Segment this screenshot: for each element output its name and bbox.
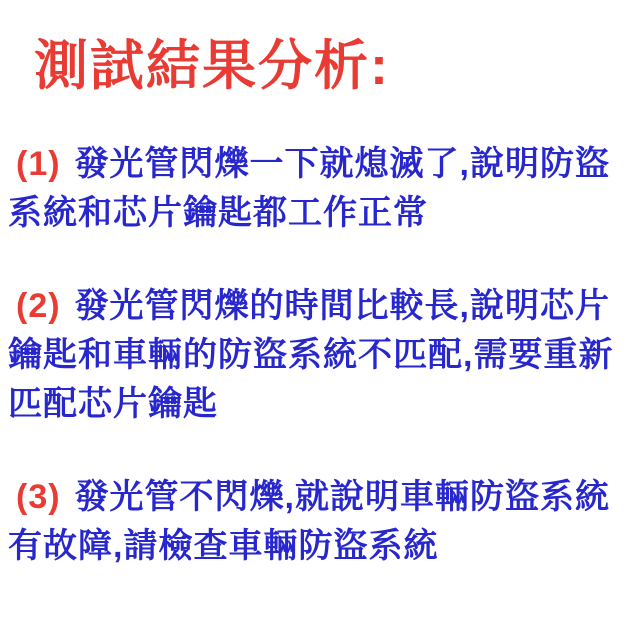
paragraph-3-text: 發光管不閃爍,就說明車輛防盜系統有故障,請檢查車輛防盜系統	[8, 478, 610, 565]
paragraph-1-number: (1)	[16, 145, 61, 183]
document-page: 測試結果分析: (1)發光管閃爍一下就熄滅了,說明防盜系統和芯片鑰匙都工作正常 …	[0, 0, 640, 640]
page-title: 測試結果分析:	[34, 36, 622, 96]
paragraph-3: (3)發光管不閃爍,就說明車輛防盜系統有故障,請檢查車輛防盜系統	[8, 473, 622, 571]
paragraph-1: (1)發光管閃爍一下就熄滅了,說明防盜系統和芯片鑰匙都工作正常	[8, 140, 622, 238]
paragraph-2-text: 發光管閃爍的時間比較長,說明芯片鑰匙和車輛的防盜系統不匹配,需要重新匹配芯片鑰匙	[8, 287, 613, 423]
paragraph-2-number: (2)	[16, 287, 61, 325]
paragraph-3-number: (3)	[16, 478, 61, 516]
paragraph-2: (2)發光管閃爍的時間比較長,說明芯片鑰匙和車輛的防盜系統不匹配,需要重新匹配芯…	[8, 282, 622, 429]
paragraph-1-text: 發光管閃爍一下就熄滅了,說明防盜系統和芯片鑰匙都工作正常	[8, 145, 610, 232]
